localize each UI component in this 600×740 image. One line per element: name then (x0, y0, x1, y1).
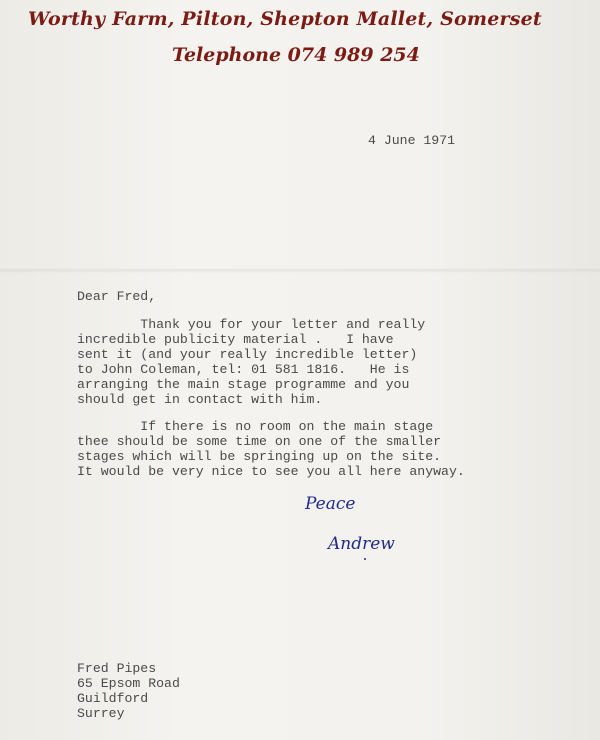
letterhead-telephone: Telephone 074 989 254 (172, 44, 420, 66)
handwritten-sign-off: Peace (305, 494, 355, 514)
body-paragraph-2: If there is no room on the main stage th… (77, 419, 465, 479)
body-paragraph-1: Thank you for your letter and really inc… (77, 317, 425, 407)
handwritten-signature: Andrew (328, 534, 395, 554)
letter-date: 4 June 1971 (368, 133, 455, 148)
salutation: Dear Fred, (77, 289, 156, 304)
letterhead-address: Worthy Farm, Pilton, Shepton Mallet, Som… (28, 8, 542, 30)
signature-dot (364, 558, 366, 560)
letter-page: Worthy Farm, Pilton, Shepton Mallet, Som… (0, 0, 600, 740)
recipient-address: Fred Pipes 65 Epsom Road Guildford Surre… (77, 661, 180, 721)
